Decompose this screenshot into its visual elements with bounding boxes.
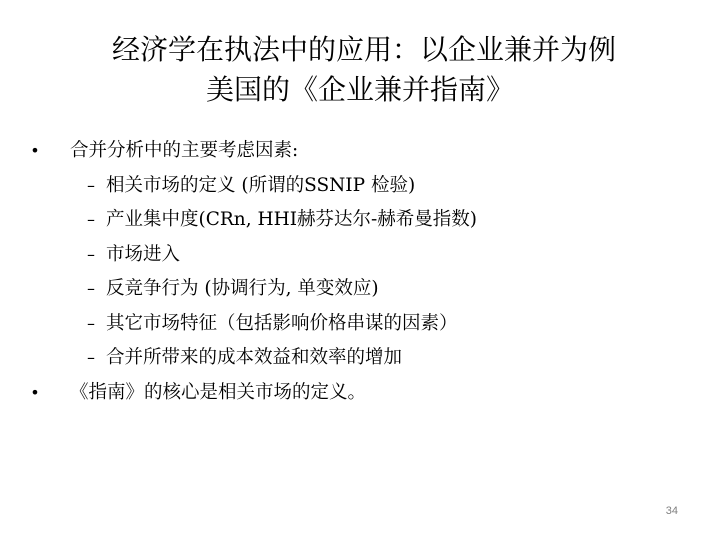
slide: 经济学在执法中的应用：以企业兼并为例 美国的《企业兼并指南》 • 合并分析中的主… — [0, 0, 720, 540]
sub-bullet-text: 产业集中度(CRn, HHI赫芬达尔-赫希曼指数) — [106, 203, 477, 238]
bullet-text: 《指南》的核心是相关市场的定义。 — [70, 376, 366, 411]
dash-icon: – — [87, 307, 95, 342]
bullet-item: • 《指南》的核心是相关市场的定义。 — [0, 376, 720, 411]
sub-bullet-text: 反竞争行为 (协调行为, 单变效应) — [106, 272, 379, 307]
sub-bullet-item: – 反竞争行为 (协调行为, 单变效应) — [0, 272, 720, 307]
dash-icon: – — [87, 238, 95, 273]
bullet-text: 合并分析中的主要考虑因素: — [70, 134, 298, 169]
sub-bullet-text: 市场进入 — [106, 238, 180, 273]
sub-bullet-text: 其它市场特征（包括影响价格串谋的因素） — [106, 307, 458, 342]
page-number: 34 — [666, 505, 678, 517]
sub-bullet-text: 相关市场的定义 (所谓的SSNIP 检验) — [106, 169, 415, 204]
dash-icon: – — [87, 272, 95, 307]
dash-icon: – — [87, 341, 95, 376]
sub-bullet-item: – 其它市场特征（包括影响价格串谋的因素） — [0, 307, 720, 342]
sub-bullet-text: 合并所带来的成本效益和效率的增加 — [106, 341, 402, 376]
title-line-2: 美国的《企业兼并指南》 — [0, 70, 720, 110]
sub-bullet-item: – 产业集中度(CRn, HHI赫芬达尔-赫希曼指数) — [0, 203, 720, 238]
bullet-dot-icon: • — [28, 376, 42, 411]
dash-icon: – — [87, 203, 95, 238]
sub-bullet-item: – 市场进入 — [0, 238, 720, 273]
bullet-dot-icon: • — [28, 134, 42, 169]
sub-bullet-item: – 相关市场的定义 (所谓的SSNIP 检验) — [0, 169, 720, 204]
slide-title: 经济学在执法中的应用：以企业兼并为例 美国的《企业兼并指南》 — [0, 30, 720, 110]
dash-icon: – — [87, 169, 95, 204]
title-line-1: 经济学在执法中的应用：以企业兼并为例 — [0, 30, 720, 70]
bullet-item: • 合并分析中的主要考虑因素: — [0, 134, 720, 169]
sub-bullet-item: – 合并所带来的成本效益和效率的增加 — [0, 341, 720, 376]
bullet-list: • 合并分析中的主要考虑因素: – 相关市场的定义 (所谓的SSNIP 检验) … — [0, 134, 720, 410]
